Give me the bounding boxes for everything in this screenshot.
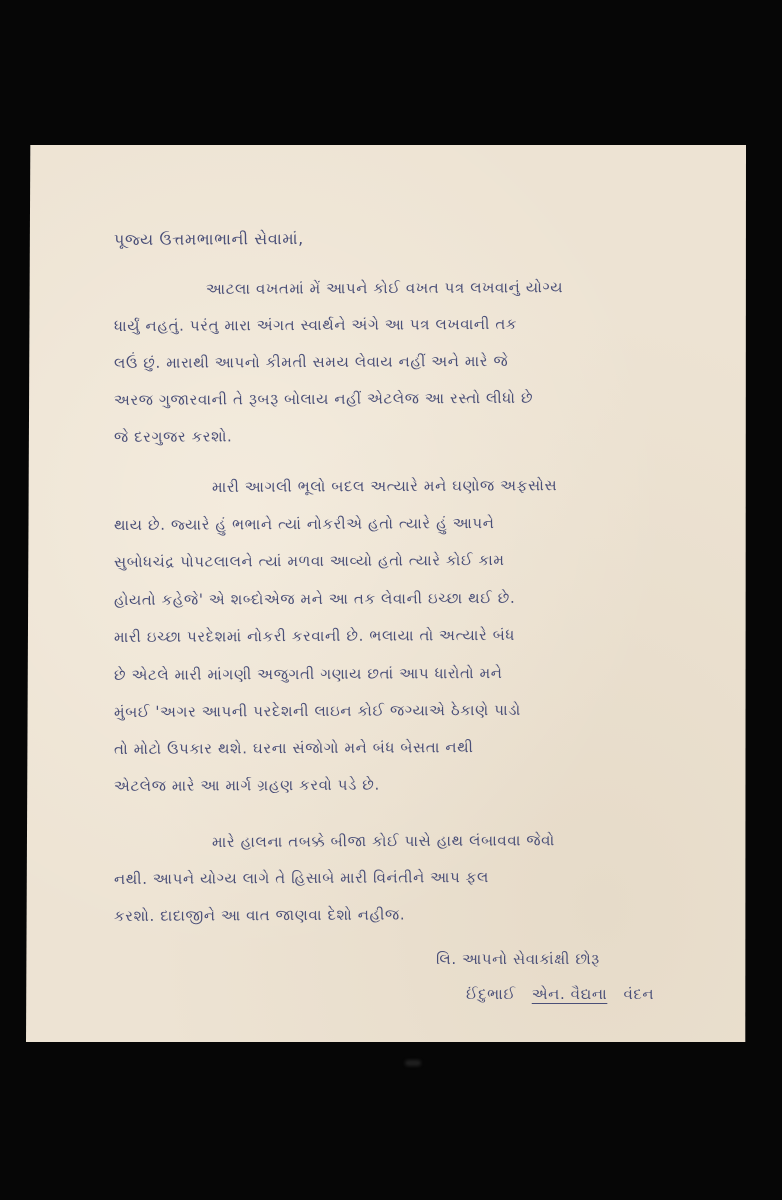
paragraph-1-line-1: આટલા વખતમાં મેં આપને કોઈ વખત પત્ર લખવાનુ… <box>206 278 563 298</box>
paragraph-1-line-4: અરજ ગુજારવાની તે રૂબરૂ બોલાય નહીં એટલેજ … <box>114 389 533 409</box>
paragraph-1-line-3: લઉં છું. મારાથી આપનો કીમતી સમય લેવાય નહી… <box>114 352 508 372</box>
paragraph-3-line-1: મારે હાલના તબક્કે બીજા કોઈ પાસે હાથ લંબા… <box>212 831 555 851</box>
signature-surname: એન. વૈદ્યના <box>532 985 608 1003</box>
paragraph-2-line-2: થાય છે. જ્યારે હું ભભાને ત્યાં નોકરીએ હત… <box>114 514 495 534</box>
signature-name: ઈંદુભાઈ <box>466 985 516 1003</box>
closing-line: લિ. આપનો સેવાકાંક્ષી છોરૂ <box>436 950 600 968</box>
signature-regards: વંદન <box>623 985 654 1003</box>
signature: ઈંદુભાઈ એન. વૈદ્યના વંદન <box>466 985 654 1003</box>
paragraph-2-line-9: એટલેજ મારે આ માર્ગ ગ્રહણ કરવો પડે છે. <box>114 776 380 795</box>
paragraph-2-line-8: તો મોટો ઉપકાર થશે. ઘરના સંજોગો મને બંધ બ… <box>114 738 474 758</box>
paragraph-2-line-6: છે એટલે મારી માંગણી અજુગતી ગણાય છતાં આપ … <box>114 664 503 684</box>
paragraph-2-line-3: સુબોધચંદ્ર પોપટલાલને ત્યાં મળવા આવ્યો હત… <box>114 551 505 571</box>
salutation: પૂજ્ય ઉત્તમભાભાની સેવામાં, <box>114 229 304 250</box>
paragraph-2-line-4: હોયતો કહેજે' એ શબ્દોએજ મને આ તક લેવાની ઇ… <box>114 589 515 609</box>
letter-paper: પૂજ્ય ઉત્તમભાભાની સેવામાં, આટલા વખતમાં મ… <box>26 145 746 1042</box>
scan-artifact <box>405 1060 421 1066</box>
handwritten-letter: પૂજ્ય ઉત્તમભાભાની સેવામાં, આટલા વખતમાં મ… <box>26 145 746 1042</box>
paragraph-1-line-2: ધાર્યું નહતું. પરંતુ મારા અંગત સ્વાર્થને… <box>114 315 517 335</box>
paragraph-3-line-2: નથી. આપને યોગ્ય લાગે તે હિસાબે મારી વિનં… <box>114 868 489 888</box>
paragraph-2-line-7: મુંબઈ 'અગર આપની પરદેશની લાઇન કોઈ જગ્યાએ … <box>114 701 521 721</box>
paragraph-2-line-1: મારી આગલી ભૂલો બદલ અત્યારે મને ઘણોજ અફસો… <box>212 476 557 496</box>
paragraph-1-line-5: જે દરગુજર કરશો. <box>114 427 232 446</box>
paragraph-2-line-5: મારી ઇચ્છા પરદેશમાં નોકરી કરવાની છે. ભલા… <box>114 626 515 646</box>
paragraph-3-line-3: કરશો. દાદાજીને આ વાત જાણવા દેશો નહીજ. <box>114 905 405 925</box>
